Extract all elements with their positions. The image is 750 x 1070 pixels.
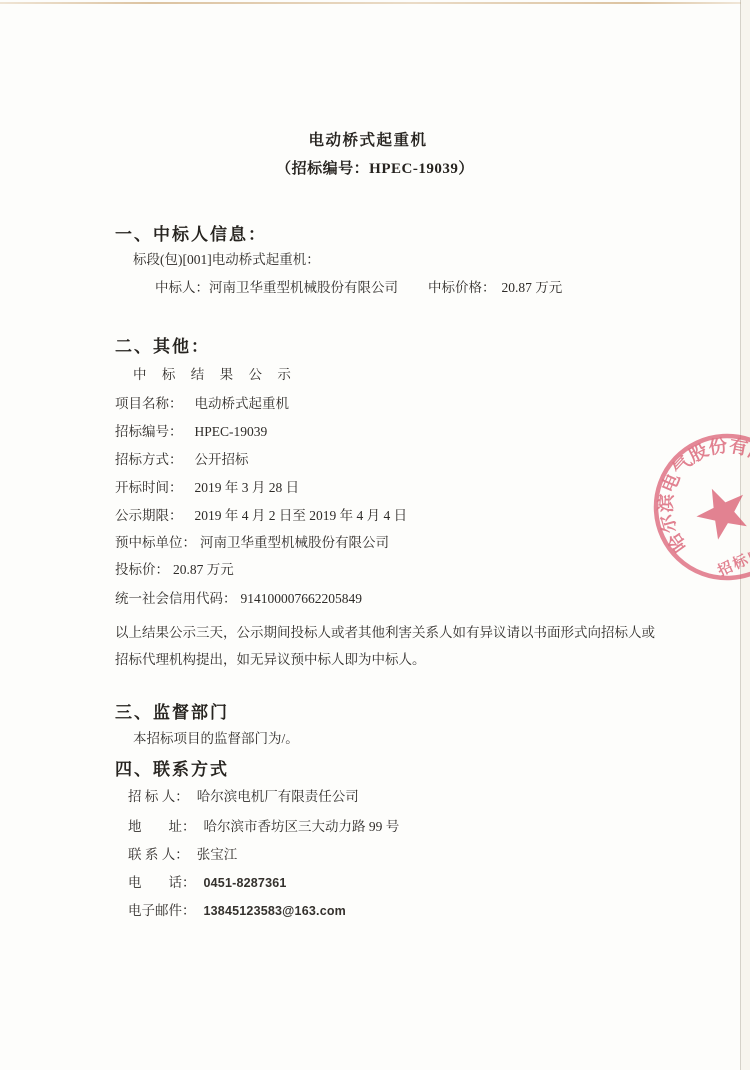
winner-label: 中标人：	[155, 280, 209, 295]
contact-row-tenderer: 招 标 人：哈尔滨电机厂有限责任公司	[128, 785, 359, 805]
field-row-tender-number: 招标编号：HPEC-19039	[115, 420, 267, 440]
field-row-tender-method: 招标方式：公开招标	[115, 448, 249, 468]
field-label: 项目名称：	[115, 396, 183, 411]
field-row-credit-code: 统一社会信用代码：914100007662205849	[115, 587, 362, 607]
seal-ring-text: 哈尔滨电气股份有限公司	[631, 412, 750, 558]
svg-text:哈尔滨电气股份有限公司: 哈尔滨电气股份有限公司	[631, 412, 750, 558]
field-label: 招标方式：	[115, 452, 183, 467]
contact-value: 哈尔滨市香坊区三大动力路 99 号	[204, 819, 400, 834]
scan-edge-top	[0, 2, 750, 4]
document-subtitle: （招标编号：HPEC-19039）	[0, 157, 750, 178]
contact-value-email: 13845123583@163.com	[204, 904, 347, 918]
contact-label: 电子邮件：	[128, 903, 196, 918]
field-value: 公开招标	[195, 452, 249, 467]
field-value: 河南卫华重型机械股份有限公司	[200, 535, 389, 550]
lot-line: 标段(包)[001]电动桥式起重机：	[133, 248, 320, 268]
field-value: 电动桥式起重机	[195, 396, 290, 411]
field-label: 统一社会信用代码：	[115, 591, 237, 606]
seal-ring	[633, 413, 750, 602]
document-title: 电动桥式起重机	[0, 128, 736, 150]
document-page: 电动桥式起重机 （招标编号：HPEC-19039） 一、中标人信息： 标段(包)…	[0, 0, 750, 1070]
contact-row-email: 电子邮件：13845123583@163.com	[128, 899, 346, 919]
price-label: 中标价格：	[428, 280, 496, 295]
section2-heading: 二、其他：	[115, 332, 210, 357]
section4-heading: 四、联系方式	[115, 755, 229, 780]
winner-price: 中标价格：20.87 万元	[428, 280, 562, 295]
contact-label: 招 标 人：	[128, 789, 189, 804]
supervision-body-line: 本招标项目的监督部门为/。	[133, 727, 299, 747]
contact-value: 张宝江	[197, 847, 238, 862]
price-value: 20.87 万元	[502, 280, 563, 295]
contact-row-phone: 电 话：0451-8287361	[128, 871, 287, 891]
announcement-title: 中 标 结 果 公 示	[133, 363, 297, 383]
field-label: 投标价：	[115, 562, 169, 577]
contact-label: 联 系 人：	[128, 847, 189, 862]
field-label: 招标编号：	[115, 424, 183, 439]
official-seal: 哈尔滨电气股份有限公司 招标中心	[597, 377, 750, 637]
field-label: 公示期限：	[115, 508, 183, 523]
notice-line-1: 以上结果公示三天，公示期间投标人或者其他利害关系人如有异议请以书面形式向招标人或	[115, 621, 655, 641]
contact-row-address: 地 址：哈尔滨市香坊区三大动力路 99 号	[128, 815, 399, 835]
field-row-bid-price: 投标价：20.87 万元	[115, 558, 234, 578]
winner-name: 河南卫华重型机械股份有限公司	[209, 280, 398, 295]
contact-label: 地 址：	[128, 819, 196, 834]
field-value: 2019 年 4 月 2 日至 2019 年 4 月 4 日	[195, 508, 408, 523]
field-label: 预中标单位：	[115, 535, 196, 550]
field-row-publicity-period: 公示期限：2019 年 4 月 2 日至 2019 年 4 月 4 日	[115, 504, 407, 524]
section3-heading: 三、监督部门	[115, 698, 229, 723]
field-row-opening-time: 开标时间：2019 年 3 月 28 日	[115, 476, 299, 496]
contact-value-phone: 0451-8287361	[204, 876, 287, 890]
field-row-pre-winner: 预中标单位：河南卫华重型机械股份有限公司	[115, 531, 389, 551]
winner-line: 中标人：河南卫华重型机械股份有限公司中标价格：20.87 万元	[155, 276, 562, 296]
contact-row-person: 联 系 人：张宝江	[128, 843, 237, 863]
contact-label: 电 话：	[128, 875, 196, 890]
field-value: 914100007662205849	[241, 591, 363, 606]
section1-heading: 一、中标人信息：	[115, 220, 267, 245]
field-value: 2019 年 3 月 28 日	[195, 480, 300, 495]
field-label: 开标时间：	[115, 480, 183, 495]
field-row-project-name: 项目名称：电动桥式起重机	[115, 392, 289, 412]
notice-line-2: 招标代理机构提出，如无异议预中标人即为中标人。	[115, 648, 426, 668]
field-value: HPEC-19039	[195, 424, 268, 439]
field-value: 20.87 万元	[173, 562, 234, 577]
contact-value: 哈尔滨电机厂有限责任公司	[197, 789, 359, 804]
